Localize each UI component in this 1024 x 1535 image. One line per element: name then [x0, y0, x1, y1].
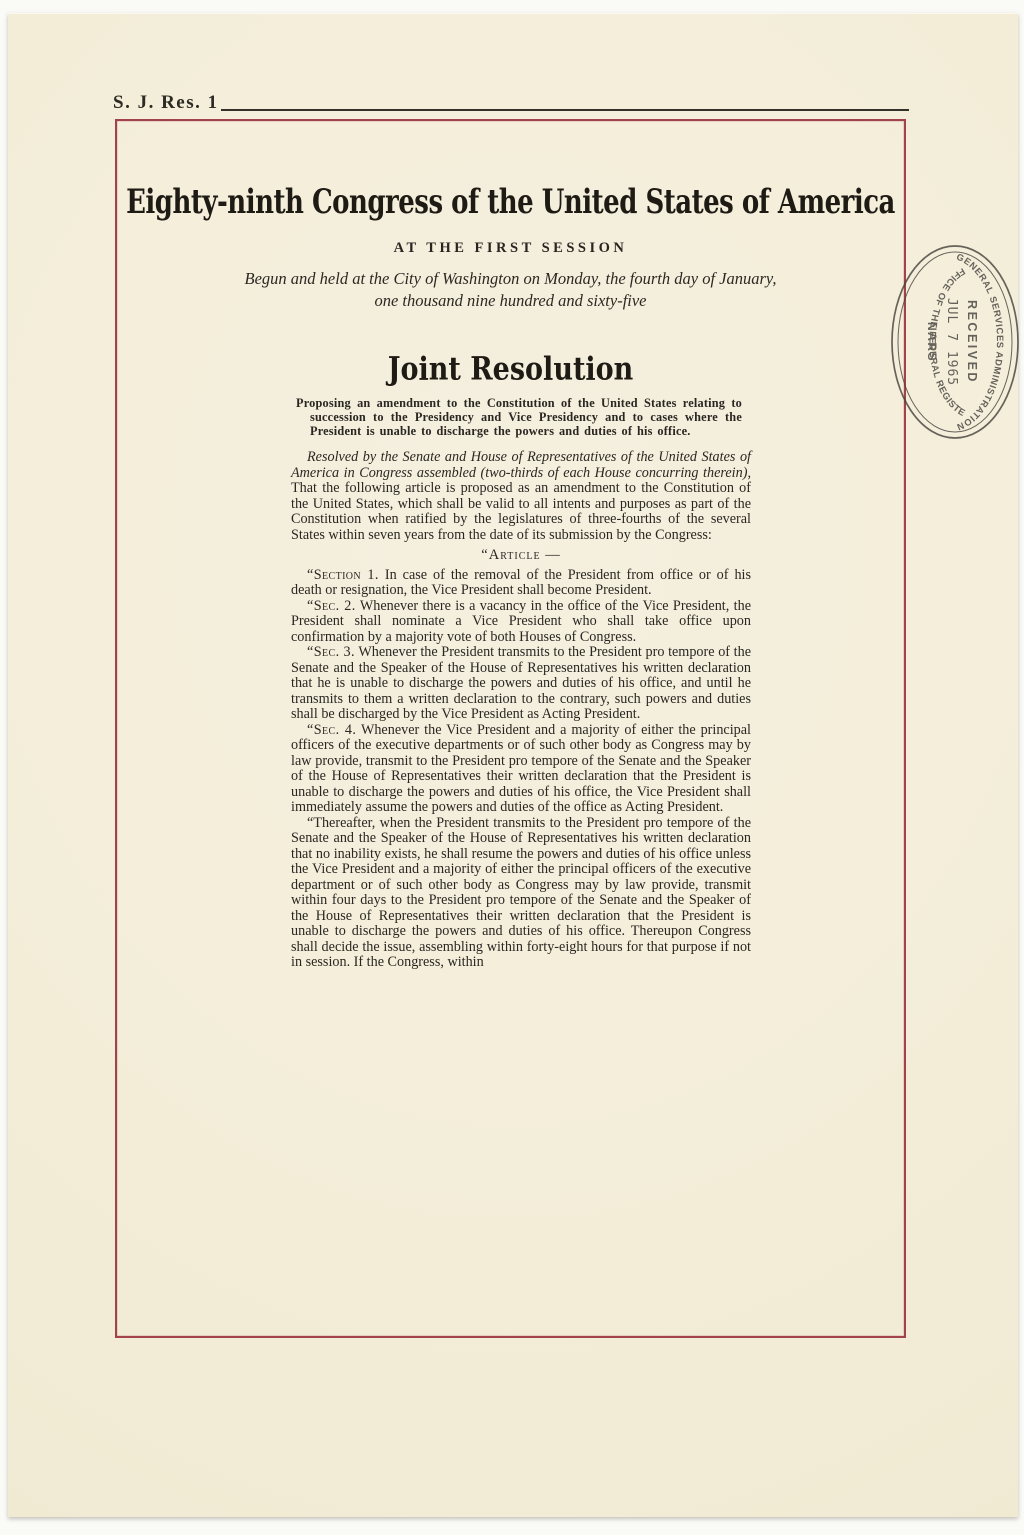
stamp-top-arc-text: GENERAL SERVICES ADMINISTRATION: [955, 252, 1005, 433]
stamp-nars-label: NARS: [925, 322, 939, 362]
article-heading: “Article —: [291, 548, 751, 564]
resolution-title: Joint Resolution: [117, 351, 904, 388]
stamp-received-label: RECEIVED: [965, 300, 979, 384]
text-segment: Whenever there is a vacancy in the offic…: [291, 598, 751, 645]
text-segment: “Sec. 4.: [307, 722, 356, 738]
received-stamp: GENERAL SERVICES ADMINISTRATION OFFICE O…: [889, 242, 1021, 442]
convening-line-2: one thousand nine hundred and sixty-five: [117, 290, 904, 312]
document-border-frame: Eighty-ninth Congress of the United Stat…: [115, 119, 906, 1338]
stamp-date: JUL 7 1965: [944, 298, 959, 386]
convening-statement: Begun and held at the City of Washington…: [117, 268, 904, 312]
text-segment: Whenever the President transmits to the …: [291, 644, 751, 722]
proposing-clause: Proposing an amendment to the Constituti…: [296, 397, 742, 439]
stamp-graphic: GENERAL SERVICES ADMINISTRATION OFFICE O…: [889, 242, 1021, 442]
text-segment: “Sec. 3.: [307, 644, 355, 660]
header-rule: [221, 109, 909, 111]
resolution-body: Resolved by the Senate and House of Repr…: [291, 450, 751, 971]
body-paragraph: “Sec. 4. Whenever the Vice President and…: [291, 723, 751, 816]
body-paragraph: “Section 1. In case of the removal of th…: [291, 568, 751, 599]
text-segment: “Thereafter, when the President transmit…: [291, 815, 751, 971]
text-segment: “Sec. 2.: [307, 598, 356, 614]
body-paragraph: “Thereafter, when the President transmit…: [291, 816, 751, 971]
text-segment: “Section 1.: [307, 567, 379, 583]
stamp-agency-name: GENERAL SERVICES ADMINISTRATION: [955, 252, 1005, 433]
body-paragraph: Resolved by the Senate and House of Repr…: [291, 450, 751, 543]
session-line: AT THE FIRST SESSION: [117, 240, 904, 257]
text-segment: Whenever the Vice President and a majori…: [291, 722, 751, 816]
body-paragraph: “Sec. 3. Whenever the President transmit…: [291, 645, 751, 723]
convening-line-1: Begun and held at the City of Washington…: [117, 268, 904, 290]
resolution-number: S. J. Res. 1: [113, 92, 219, 114]
text-segment: Resolved by the Senate and House of Repr…: [291, 449, 751, 481]
body-paragraph: “Sec. 2. Whenever there is a vacancy in …: [291, 599, 751, 646]
congress-title: Eighty-ninth Congress of the United Stat…: [117, 183, 904, 222]
